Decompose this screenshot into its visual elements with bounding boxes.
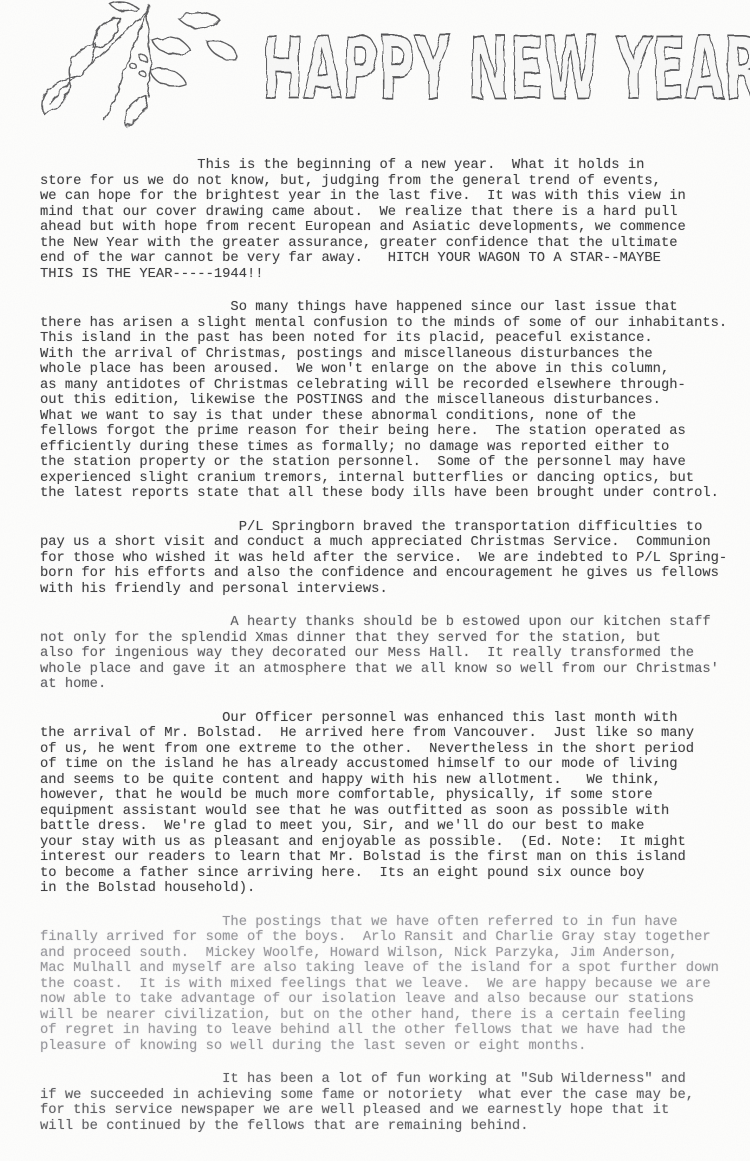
text-line: now able to take advantage of our isolat… xyxy=(40,992,730,1008)
text-line: and seems to be quite content and happy … xyxy=(40,773,730,789)
scanned-newsletter-page: HAPPY NEW YEAR This is the beginning of … xyxy=(0,0,750,1161)
headline-text: HAPPY NEW YEAR xyxy=(262,19,750,119)
paragraph: The postings that we have often referred… xyxy=(40,915,730,1055)
text-line: pay us a short visit and conduct a much … xyxy=(40,535,730,551)
paragraph: This is the beginning of a new year. Wha… xyxy=(40,158,730,282)
text-line: however, that he would be much more comf… xyxy=(40,788,730,804)
text-line: This island in the past has been noted f… xyxy=(40,331,730,347)
paragraph: So many things have happened since our l… xyxy=(40,300,730,502)
text-line: P/L Springborn braved the transportation… xyxy=(40,520,730,536)
text-line: ahead but with hope from recent European… xyxy=(40,220,730,236)
text-line: mind that our cover drawing came about. … xyxy=(40,205,730,221)
text-line: Our Officer personnel was enhanced this … xyxy=(40,711,730,727)
text-line: of regret in having to leave behind all … xyxy=(40,1023,730,1039)
text-line: to become a father since arriving here. … xyxy=(40,866,730,882)
text-line: A hearty thanks should be b estowed upon… xyxy=(40,615,730,631)
text-line: the arrival of Mr. Bolstad. He arrived h… xyxy=(40,726,730,742)
text-line: interest our readers to learn that Mr. B… xyxy=(40,850,730,866)
text-line: of us, he went from one extreme to the o… xyxy=(40,742,730,758)
text-line: born for his efforts and also the confid… xyxy=(40,566,730,582)
text-line: the latest reports state that all these … xyxy=(40,486,730,502)
text-line: will be nearer civilization, but on the … xyxy=(40,1008,730,1024)
masthead-art: HAPPY NEW YEAR xyxy=(0,0,750,140)
text-line: fellows forgot the prime reason for thei… xyxy=(40,424,730,440)
headline: HAPPY NEW YEAR xyxy=(262,19,750,119)
holly-sprig-icon xyxy=(42,2,238,126)
text-line: pleasure of knowing so well during the l… xyxy=(40,1039,730,1055)
text-line: of time on the island he has already acc… xyxy=(40,757,730,773)
text-line: battle dress. We're glad to meet you, Si… xyxy=(40,819,730,835)
text-line: if we succeeded in achieving some fame o… xyxy=(40,1088,730,1104)
text-line: at home. xyxy=(40,677,730,693)
paragraph: Our Officer personnel was enhanced this … xyxy=(40,711,730,897)
text-line: there has arisen a slight mental confusi… xyxy=(40,316,730,332)
text-line: for this service newspaper we are well p… xyxy=(40,1103,730,1119)
text-line: with his friendly and personal interview… xyxy=(40,582,730,598)
text-line: finally arrived for some of the boys. Ar… xyxy=(40,930,730,946)
text-line: not only for the splendid Xmas dinner th… xyxy=(40,631,730,647)
text-line: out this edition, likewise the POSTINGS … xyxy=(40,393,730,409)
text-line: the coast. It is with mixed feelings tha… xyxy=(40,977,730,993)
paragraph: A hearty thanks should be b estowed upon… xyxy=(40,615,730,693)
text-line: your stay with us as pleasant and enjoya… xyxy=(40,835,730,851)
text-line: we can hope for the brightest year in th… xyxy=(40,189,730,205)
text-line: end of the war cannot be very far away. … xyxy=(40,251,730,267)
document-body: This is the beginning of a new year. Wha… xyxy=(0,140,750,1134)
text-line: as many antidotes of Christmas celebrati… xyxy=(40,378,730,394)
text-line: With the arrival of Christmas, postings … xyxy=(40,347,730,363)
text-line: whole place has been aroused. We won't e… xyxy=(40,362,730,378)
paragraph: It has been a lot of fun working at "Sub… xyxy=(40,1072,730,1134)
text-line: The postings that we have often referred… xyxy=(40,915,730,931)
text-line: efficiently during these times as formal… xyxy=(40,440,730,456)
text-line: THIS IS THE YEAR-----1944!! xyxy=(40,267,730,283)
text-line: and proceed south. Mickey Woolfe, Howard… xyxy=(40,946,730,962)
text-line: So many things have happened since our l… xyxy=(40,300,730,316)
text-line: will be continued by the fellows that ar… xyxy=(40,1119,730,1135)
text-line: the New Year with the greater assurance,… xyxy=(40,236,730,252)
text-line: store for us we do not know, but, judgin… xyxy=(40,174,730,190)
text-line: What we want to say is that under these … xyxy=(40,409,730,425)
text-line: This is the beginning of a new year. Wha… xyxy=(40,158,730,174)
text-line: the station property or the station pers… xyxy=(40,455,730,471)
text-line: equipment assistant would see that he wa… xyxy=(40,804,730,820)
text-line: Mac Mulhall and myself are also taking l… xyxy=(40,961,730,977)
text-line: experienced slight cranium tremors, inte… xyxy=(40,471,730,487)
text-line: in the Bolstad household). xyxy=(40,881,730,897)
text-line: whole place and gave it an atmosphere th… xyxy=(40,662,730,678)
text-line: for those who wished it was held after t… xyxy=(40,551,730,567)
text-line: also for ingenious way they decorated ou… xyxy=(40,646,730,662)
text-line: It has been a lot of fun working at "Sub… xyxy=(40,1072,730,1088)
paragraph: P/L Springborn braved the transportation… xyxy=(40,520,730,598)
